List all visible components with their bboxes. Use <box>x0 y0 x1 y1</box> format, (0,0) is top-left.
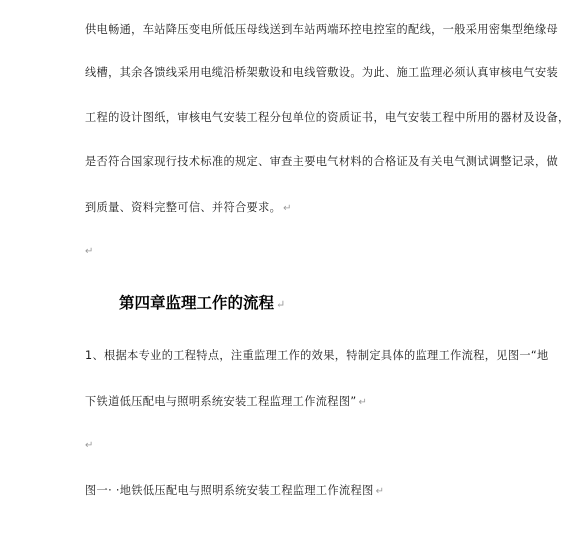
paragraph-2-line-1: 1、根据本专业的工程特点，注重监理工作的效果，特制定具体的监理工作流程，见图一“… <box>85 349 545 363</box>
figure-caption-text: 图一· ·地铁低压配电与照明系统安装工程监理工作流程图 <box>85 484 374 497</box>
figure-caption: 图一· ·地铁低压配电与照明系统安装工程监理工作流程图↵ <box>85 484 545 499</box>
paragraph-mark-icon: ↵ <box>283 203 292 214</box>
chapter-heading: 第四章监理工作的流程↵ <box>119 294 285 314</box>
paragraph-1-line-1: 供电畅通，车站降压变电所低压母线送到车站两端环控电控室的配线，一般采用密集型绝缘… <box>85 23 545 37</box>
chapter-heading-text: 第四章监理工作的流程 <box>119 293 274 312</box>
paragraph-1-line-4: 是否符合国家现行技术标准的规定、审查主要电气材料的合格证及有关电气测试调整记录，… <box>85 155 545 169</box>
paragraph-mark-icon: ↵ <box>359 397 368 408</box>
paragraph-1-line-5-text: 到质量、资料完整可信、并符合要求。 <box>85 201 281 214</box>
paragraph-2-line-2: 下铁道低压配电与照明系统安装工程监理工作流程图”↵ <box>85 395 545 410</box>
paragraph-mark-icon: ↵ <box>376 486 385 497</box>
paragraph-mark-icon: ↵ <box>276 298 285 311</box>
paragraph-1-line-5: 到质量、资料完整可信、并符合要求。↵ <box>85 201 545 216</box>
empty-paragraph-mark-icon: ↵ <box>85 246 93 258</box>
empty-paragraph-mark-icon: ↵ <box>85 440 93 452</box>
document-page: 供电畅通，车站降压变电所低压母线送到车站两端环控电控室的配线，一般采用密集型绝缘… <box>0 0 580 553</box>
paragraph-1-line-3: 工程的设计图纸，审核电气安装工程分包单位的资质证书，电气安装工程中所用的器材及设… <box>85 111 545 125</box>
paragraph-2-line-2-text: 下铁道低压配电与照明系统安装工程监理工作流程图” <box>85 395 357 408</box>
paragraph-1-line-2: 线槽，其余各馈线采用电缆沿桥架敷设和电线管敷设。为此、施工监理必须认真审核电气安… <box>85 66 545 80</box>
